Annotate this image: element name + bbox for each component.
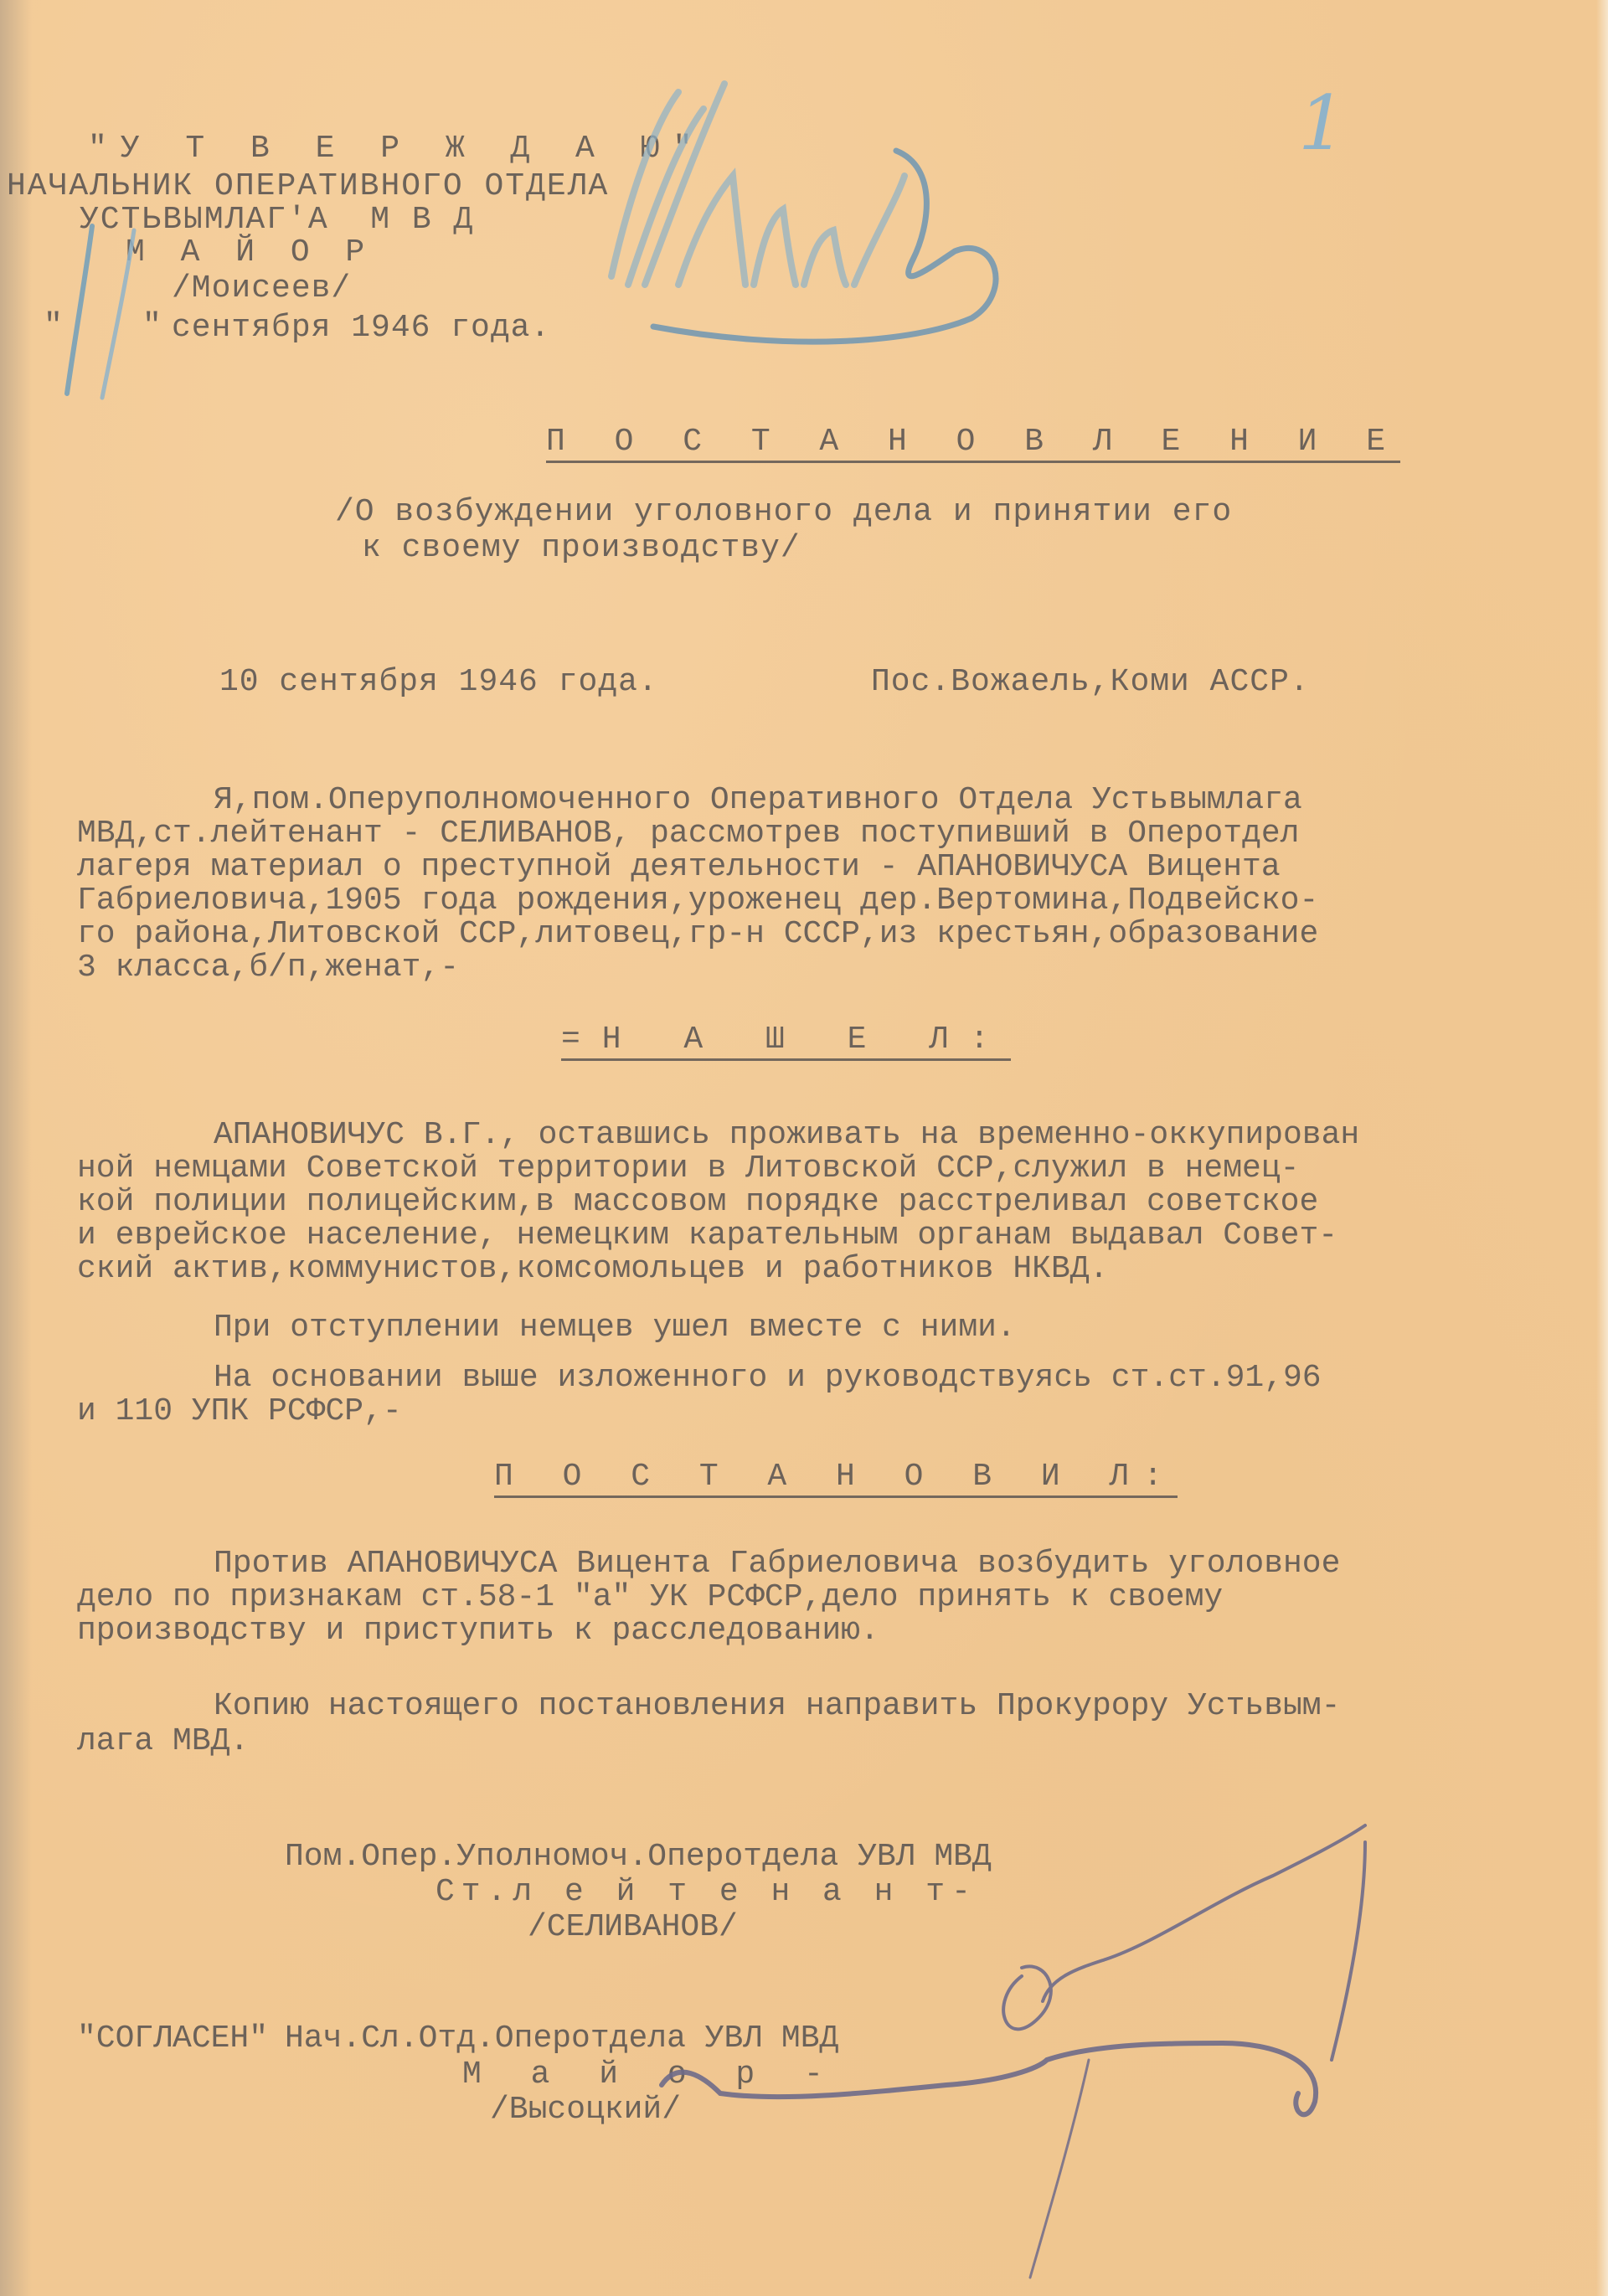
found-heading: =Н А Ш Е Л: — [561, 1023, 1011, 1061]
signature-1-name: /СЕЛИВАНОВ/ — [528, 1911, 738, 1944]
document-place: Пос.Вожаель,Коми АССР. — [871, 666, 1310, 699]
signature-2-agreed-label: "СОГЛАСЕН" — [77, 2022, 268, 2056]
paragraph-5-line-1: Против АПАНОВИЧУСА Вицента Габриеловича … — [214, 1547, 1340, 1581]
paragraph-6-line-1: Копию настоящего постановления направить… — [214, 1690, 1340, 1723]
paragraph-1-line-1: Я,пом.Оперуполномоченного Оперативного О… — [214, 784, 1302, 817]
approval-signature — [578, 75, 1047, 352]
paragraph-2-line-5: ский актив,коммунистов,комсомольцев и ра… — [77, 1253, 1108, 1286]
document-subtitle-line-1: /О возбуждении уголовного дела и приняти… — [335, 496, 1232, 529]
approval-line-1: НАЧАЛЬНИК ОПЕРАТИВНОГО ОТДЕЛА — [7, 170, 609, 203]
paragraph-4-line-1: На основании выше изложенного и руководс… — [214, 1362, 1322, 1395]
decided-heading: П О С Т А Н О В И Л: — [494, 1460, 1178, 1498]
paragraph-1-line-6: 3 класса,б/п,женат,- — [77, 951, 459, 985]
paragraph-1-line-2: МВД,ст.лейтенант - СЕЛИВАНОВ, рассмотрев… — [77, 817, 1299, 851]
paragraph-1-line-4: Габриеловича,1905 года рождения,уроженец… — [77, 884, 1318, 918]
page-right-edge — [1596, 0, 1608, 2296]
paragraph-5-line-2: дело по признакам ст.58-1 "а" УК РСФСР,д… — [77, 1581, 1223, 1614]
signature-1-position: Пом.Опер.Уполномоч.Оперотдела УВЛ МВД — [285, 1840, 992, 1874]
paragraph-2-line-1: АПАНОВИЧУС В.Г., оставшись проживать на … — [214, 1119, 1359, 1152]
signature-2-handwritten — [653, 2010, 1390, 2294]
paragraph-2-line-4: и еврейское население, немецким каратель… — [77, 1219, 1337, 1253]
paragraph-2-line-3: кой полиции полицейским,в массовом поряд… — [77, 1186, 1318, 1219]
signature-2-name: /Высоцкий/ — [490, 2093, 681, 2127]
document-title: П О С Т А Н О В Л Е Н И Е — [546, 425, 1400, 463]
paragraph-1-line-3: лагеря материал о преступной деятельност… — [77, 851, 1281, 884]
signature-1-rank: Ст.л е й т е н а н т- — [435, 1876, 977, 1909]
approval-rank: М А Й О Р — [126, 236, 373, 270]
approval-name: /Моисеев/ — [172, 272, 351, 306]
paragraph-5-line-3: производству и приступить к расследовани… — [77, 1614, 879, 1648]
paragraph-3: При отступлении немцев ушел вместе с ним… — [214, 1311, 1016, 1345]
paragraph-4-line-2: и 110 УПК РСФСР,- — [77, 1395, 402, 1429]
paragraph-1-line-5: го района,Литовской ССР,литовец,гр-н ССС… — [77, 918, 1318, 951]
page-left-edge-shadow — [0, 0, 32, 2296]
handwritten-day-11 — [59, 209, 159, 402]
page-number: 1 — [1298, 80, 1346, 167]
paragraph-6-line-2: лага МВД. — [77, 1725, 249, 1758]
document-subtitle-line-2: к своему производству/ — [362, 532, 801, 565]
document-date: 10 сентября 1946 года. — [219, 666, 658, 699]
paragraph-2-line-2: ной немцами Советской территории в Литов… — [77, 1152, 1299, 1186]
approval-date-rest: сентября 1946 года. — [172, 311, 550, 345]
